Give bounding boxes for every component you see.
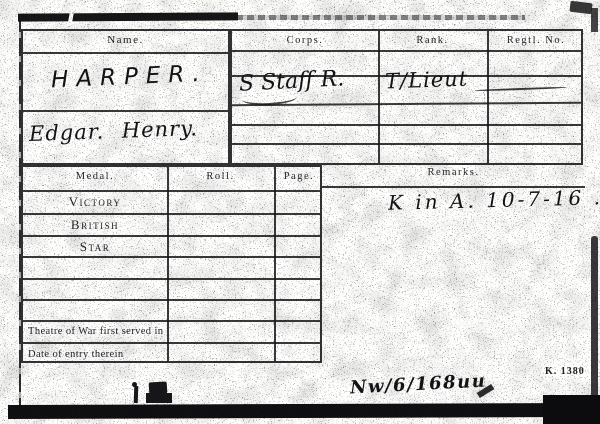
- remarks-label: Remarks.: [322, 167, 585, 178]
- regtl-no-label: Regtl. No.: [487, 35, 585, 46]
- service-row-rule: [232, 124, 581, 126]
- name-mid-rule: [23, 110, 228, 112]
- roll-page-divider: [274, 167, 276, 361]
- medal-index-card-scan: Name. HARPER. Edgar. Henry. Corps. Rank.…: [0, 0, 600, 424]
- medal-roll-divider: [167, 167, 169, 361]
- medal-row-star: Star: [23, 239, 167, 255]
- name-header-rule: [23, 52, 228, 54]
- scan-artifact-blob-base: [146, 393, 172, 403]
- service-table: Corps. Rank. Regtl. No. S Staff R. T/Lie…: [230, 29, 583, 165]
- service-header-rule: [232, 50, 581, 52]
- scan-artifact-blob-stem: [134, 386, 139, 403]
- scan-artifact-top-bar-thin: [236, 15, 525, 20]
- rank-regtl-divider: [487, 31, 489, 163]
- scan-artifact-right-streak: [591, 236, 598, 404]
- form-number: K. 1380: [545, 366, 585, 377]
- scan-artifact-top-bar: [18, 12, 238, 21]
- rank-label: Rank.: [378, 35, 487, 46]
- name-box: Name. HARPER. Edgar. Henry.: [21, 29, 230, 165]
- date-of-entry-label: Date of entry therein: [28, 349, 124, 360]
- medal-row-victory: Victory: [23, 194, 167, 210]
- surname-handwriting: HARPER.: [51, 61, 209, 94]
- corps-label: Corps.: [232, 35, 378, 46]
- bottom-annotation-handwriting: Nw/6/168uu: [350, 370, 487, 398]
- medal-row-british: British: [23, 217, 167, 233]
- name-label: Name.: [23, 34, 228, 46]
- corps-rank-divider: [378, 31, 380, 163]
- rank-value-handwriting: T/Lieut: [385, 67, 469, 94]
- theatre-of-war-label: Theatre of War first served in: [28, 326, 163, 337]
- scan-artifact-top-right-strip: [591, 8, 598, 32]
- forenames-handwriting: Edgar. Henry.: [29, 116, 199, 146]
- medal-table: Medal. Roll. Page. Victory British Star …: [21, 165, 322, 363]
- roll-label: Roll.: [167, 171, 274, 182]
- scan-artifact-bottom-right-block: [543, 395, 600, 424]
- scan-artifact-top-right-mark: [569, 1, 592, 15]
- remarks-value-handwriting: K in A. 10-7-16 .: [388, 185, 600, 215]
- page-label: Page.: [274, 171, 324, 182]
- medal-label: Medal.: [23, 171, 167, 182]
- service-row-rule: [232, 143, 581, 145]
- scan-artifact-bottom-band: [8, 403, 600, 419]
